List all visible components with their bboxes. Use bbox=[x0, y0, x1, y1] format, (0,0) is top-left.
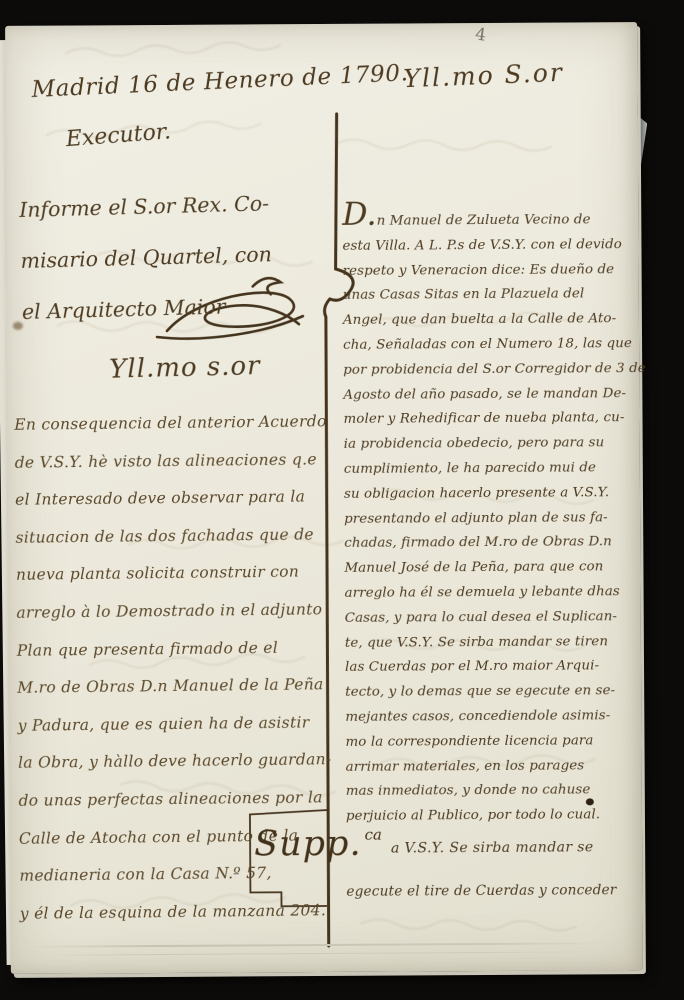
manuscript-line: esta Villa. A L. P.s de V.S.Y. con el de… bbox=[342, 233, 636, 260]
suplica-word: Supp. bbox=[254, 824, 362, 865]
manuscript-line: cumplimiento, le ha parecido mui de bbox=[344, 456, 638, 483]
manuscript-line: Angel, que dan buelta a la Calle de Ato- bbox=[343, 307, 637, 334]
manuscript-line: Casas, y para lo cual desea el Suplican- bbox=[345, 605, 639, 632]
pencil-mark: 4 bbox=[474, 24, 487, 45]
manuscript-line: cha, Señaladas con el Numero 18, las que bbox=[343, 332, 637, 359]
date-line: Madrid 16 de Henero de 1790. bbox=[31, 60, 409, 103]
manuscript-line: moler y Rehedificar de nueba planta, cu- bbox=[343, 406, 637, 433]
manuscript-line: tecto, y lo demas que se egecute en se- bbox=[345, 679, 639, 706]
manuscript-line: unas Casas Sitas en la Plazuela del bbox=[343, 282, 637, 309]
manuscript-scan: Madrid 16 de Henero de 1790. Executor. I… bbox=[0, 0, 684, 1000]
manuscript-line: M.ro de Obras D.n Manuel de la Peña bbox=[17, 666, 337, 707]
ink-blot bbox=[586, 798, 594, 805]
referral-note-line: misario del Quartel, con bbox=[20, 228, 321, 287]
manuscript-line: mejantes casos, concediendole asimis- bbox=[345, 704, 639, 731]
manuscript-line: mas inmediatos, y donde no cahuse bbox=[346, 778, 640, 805]
manuscript-line: mo la correspondiente licencia para bbox=[345, 729, 639, 756]
suplica-superscript: ca bbox=[364, 826, 381, 844]
manuscript-line: respeto y Veneracion dice: Es dueño de bbox=[343, 258, 637, 285]
manuscript-line: Manuel José de la Peña, para que con bbox=[344, 555, 638, 582]
right-salutation: Yll.mo S.or bbox=[403, 58, 564, 94]
manuscript-line: Agosto del año pasado, se le mandan De- bbox=[343, 382, 637, 409]
fold-crease bbox=[31, 942, 611, 948]
referral-note-line: Informe el S.or Rex. Co- bbox=[19, 177, 320, 236]
manuscript-line: do unas perfectas alineaciones por la bbox=[18, 779, 338, 820]
suplica-rest: a V.S.Y. Se sirba mandar se bbox=[391, 839, 594, 863]
manuscript-page: Madrid 16 de Henero de 1790. Executor. I… bbox=[5, 22, 643, 974]
manuscript-line: de V.S.Y. hè visto las alineaciones q.e bbox=[14, 441, 334, 482]
manuscript-line: arreglo à lo Demostrado in el adjunto bbox=[16, 591, 336, 632]
referral-note-line: el Arquitecto Maior bbox=[21, 279, 322, 338]
manuscript-line: situacion de las dos fachadas que de bbox=[15, 516, 335, 557]
manuscript-line: presentando el adjunto plan de sus fa- bbox=[344, 506, 638, 533]
manuscript-line: En consequencia del anterior Acuerdo bbox=[14, 403, 334, 444]
manuscript-line: D.n Manuel de Zulueta Vecino de bbox=[342, 206, 636, 235]
suplica-final-line: egecute el tire de Cuerdas y conceder bbox=[346, 882, 616, 900]
manuscript-line: ia probidencia obedecio, pero para su bbox=[344, 431, 638, 458]
manuscript-line: la Obra, y hàllo deve hacerlo guardan- bbox=[18, 741, 338, 782]
manuscript-line: arreglo ha él se demuela y lebante dhas bbox=[345, 580, 639, 607]
manuscript-line: y él de la esquina de la manzana 204. bbox=[20, 892, 340, 933]
manuscript-line: arrimar materiales, en los parages bbox=[346, 754, 640, 781]
manuscript-line: y Padura, que es quien ha de asistir bbox=[17, 704, 337, 745]
manuscript-line: su obligacion hacerlo presente a V.S.Y. bbox=[344, 481, 638, 508]
manuscript-line: chadas, firmado del M.ro de Obras D.n bbox=[344, 530, 638, 557]
clerk-note: Executor. bbox=[65, 119, 172, 152]
left-salutation: Yll.mo s.or bbox=[109, 351, 261, 385]
manuscript-line: las Cuerdas por el M.ro maior Arqui- bbox=[345, 654, 639, 681]
ink-smudge bbox=[13, 322, 23, 330]
manuscript-line: nueva planta solicita construir con bbox=[16, 553, 336, 594]
manuscript-line: el Interesado deve observar para la bbox=[15, 478, 335, 519]
right-column-petition: D.n Manuel de Zulueta Vecino deesta Vill… bbox=[342, 206, 640, 830]
manuscript-line: te, que V.S.Y. Se sirba mandar se tiren bbox=[345, 630, 639, 657]
manuscript-line: Plan que presenta firmado de el bbox=[17, 629, 337, 670]
referral-note: Informe el S.or Rex. Co-misario del Quar… bbox=[19, 177, 323, 338]
suplica-clause: Supp. ca a V.S.Y. Se sirba mandar se bbox=[254, 822, 594, 864]
fold-crease bbox=[41, 951, 601, 955]
manuscript-line: por probidencia del S.or Corregidor de 3… bbox=[343, 357, 637, 384]
